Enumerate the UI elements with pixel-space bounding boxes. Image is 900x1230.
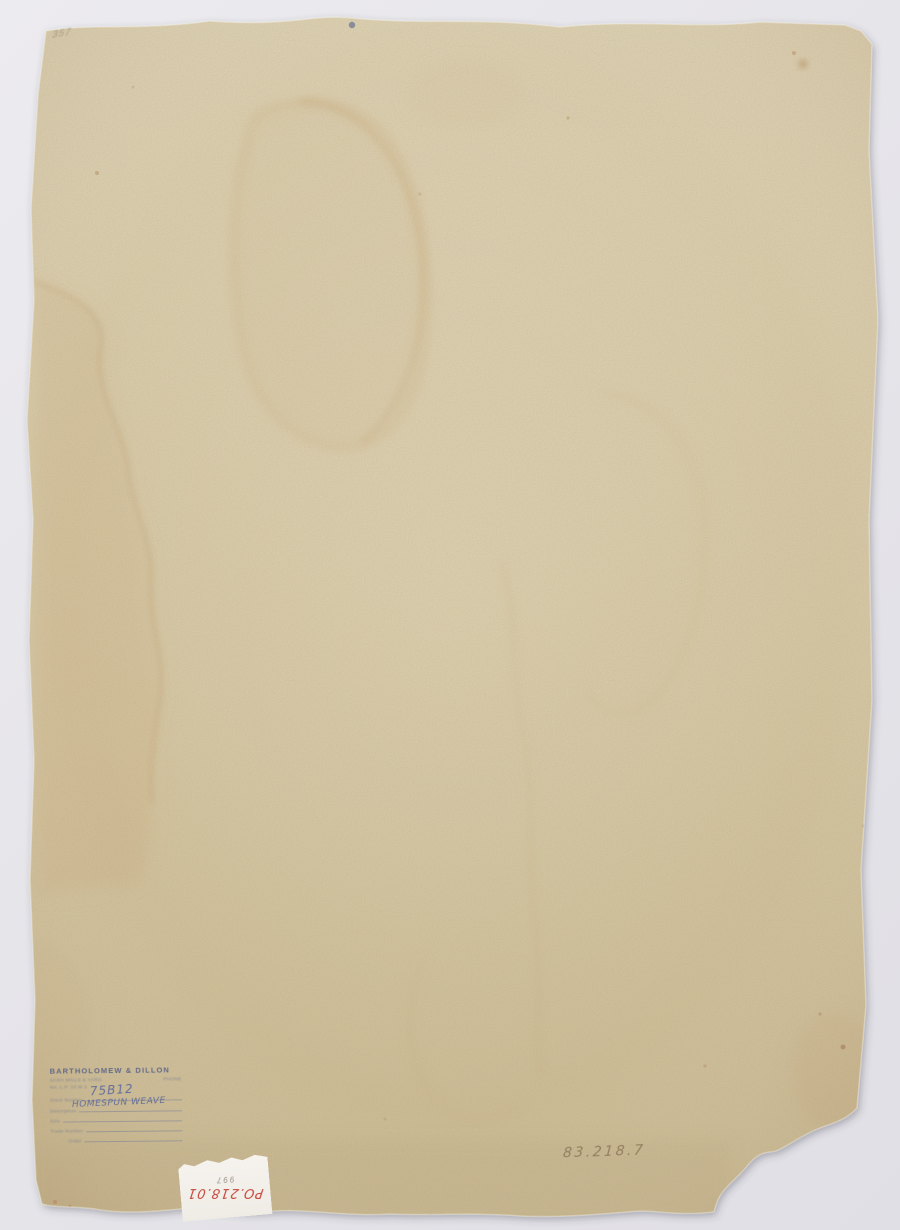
stamp-address-left: SASH MILLS & YARD xyxy=(50,1078,102,1084)
stamp-phone-label: PHONE xyxy=(163,1077,182,1082)
stamp-field-order: Order xyxy=(50,1132,182,1143)
sticker-upside-down-text: PO.218.01 997 xyxy=(186,1173,263,1202)
stamp-company-name: BARTHOLOMEW & DILLON xyxy=(50,1065,182,1075)
label-sticker: PO.218.01 997 xyxy=(178,1153,273,1222)
photo-background: 357 BARTHOLOMEW & DILLON SASH MILLS & YA… xyxy=(0,0,900,1230)
pencil-scribble: 357 xyxy=(51,26,72,41)
markings-layer: 357 BARTHOLOMEW & DILLON SASH MILLS & YA… xyxy=(0,0,900,1230)
sticker-red-number: PO.218.01 xyxy=(186,1185,264,1200)
dealer-stamp: BARTHOLOMEW & DILLON SASH MILLS & YARD P… xyxy=(50,1065,183,1143)
stamp-rule xyxy=(85,1140,183,1142)
handwritten-stock-number: 75B12 xyxy=(89,1081,134,1098)
accession-number: 83.218.7 xyxy=(562,1143,645,1162)
